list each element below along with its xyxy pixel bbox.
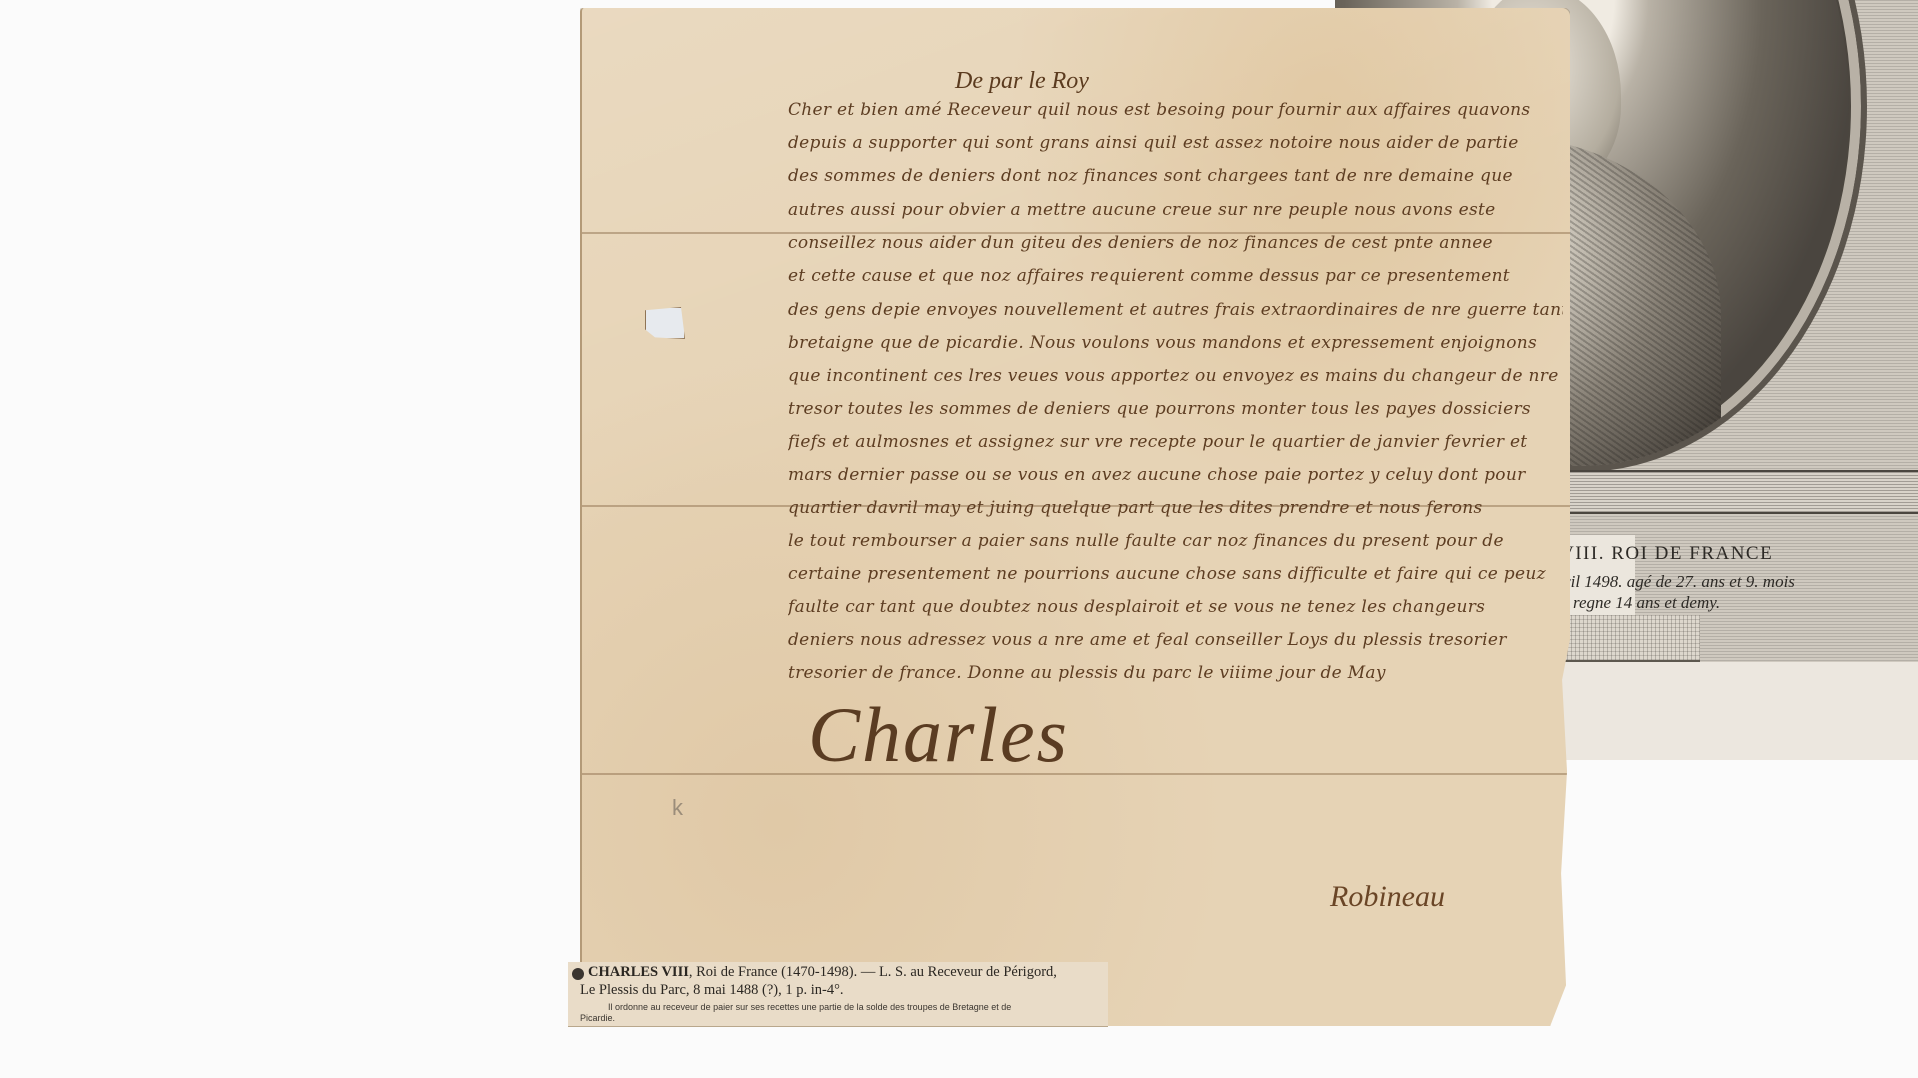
letter-line: autres aussi pour obvier a mettre aucune… — [788, 200, 1563, 224]
letter-line: depuis a supporter qui sont grans ainsi … — [788, 133, 1563, 157]
label-line-1-rest: , Roi de France (1470-1498). — L. S. au … — [689, 964, 1057, 980]
letter-line: mars dernier passe ou se vous en avez au… — [788, 465, 1563, 489]
engraving-caption-line: t regne 14 ans et demy. — [1564, 593, 1720, 613]
letter-line: tresorier de france. Donne au plessis du… — [788, 663, 1563, 687]
fold-line — [582, 773, 1570, 775]
letter-line: le tout rembourser a paier sans nulle fa… — [788, 531, 1563, 555]
letter-line: que incontinent ces lres veues vous appo… — [788, 366, 1563, 390]
letter-line: des sommes de deniers dont noz finances … — [788, 166, 1563, 190]
letter-heading: De par le Roy — [955, 68, 1089, 95]
engraving-caption-title: VIII. ROI DE FRANCE — [1560, 543, 1773, 565]
catalogue-label: CHARLES VIII, Roi de France (1470-1498).… — [568, 962, 1108, 1027]
label-line-2: Le Plessis du Parc, 8 mai 1488 (?), 1 p.… — [580, 982, 844, 999]
letter-line: des gens depie envoyes nouvellement et a… — [788, 300, 1563, 324]
letter-line: Cher et bien amé Receveur quil nous est … — [788, 100, 1563, 124]
letter-line: certaine presentement ne pourrions aucun… — [788, 564, 1563, 588]
label-description: Il ordonne au receveur de paier sur ses … — [608, 1002, 1011, 1012]
letter-line: conseillez nous aider dun giteu des deni… — [788, 233, 1563, 257]
letter-line: deniers nous adressez vous a nre ame et … — [788, 630, 1563, 654]
secretary-countersignature: Robineau — [1330, 880, 1445, 914]
label-name: CHARLES VIII — [588, 964, 689, 980]
letter-line: faulte car tant que doubtez nous desplai… — [788, 597, 1563, 621]
royal-signature: Charles — [808, 690, 1069, 780]
label-bullet-icon — [572, 968, 584, 980]
letter-line: bretaigne que de picardie. Nous voulons … — [788, 333, 1563, 357]
engraving-caption-line: ril 1498. agé de 27. ans et 9. mois — [1564, 572, 1795, 592]
letter-line: fiefs et aulmosnes et assignez sur vre r… — [788, 432, 1563, 456]
label-line-1: CHARLES VIII, Roi de France (1470-1498).… — [588, 964, 1057, 981]
letter-line: et cette cause et que noz affaires requi… — [788, 266, 1563, 290]
letter-line: tresor toutes les sommes de deniers que … — [788, 399, 1563, 423]
pencil-mark: k — [672, 795, 683, 821]
label-description-cont: Picardie. — [580, 1013, 615, 1023]
letter-line: quartier davril may et juing quelque par… — [788, 498, 1563, 522]
